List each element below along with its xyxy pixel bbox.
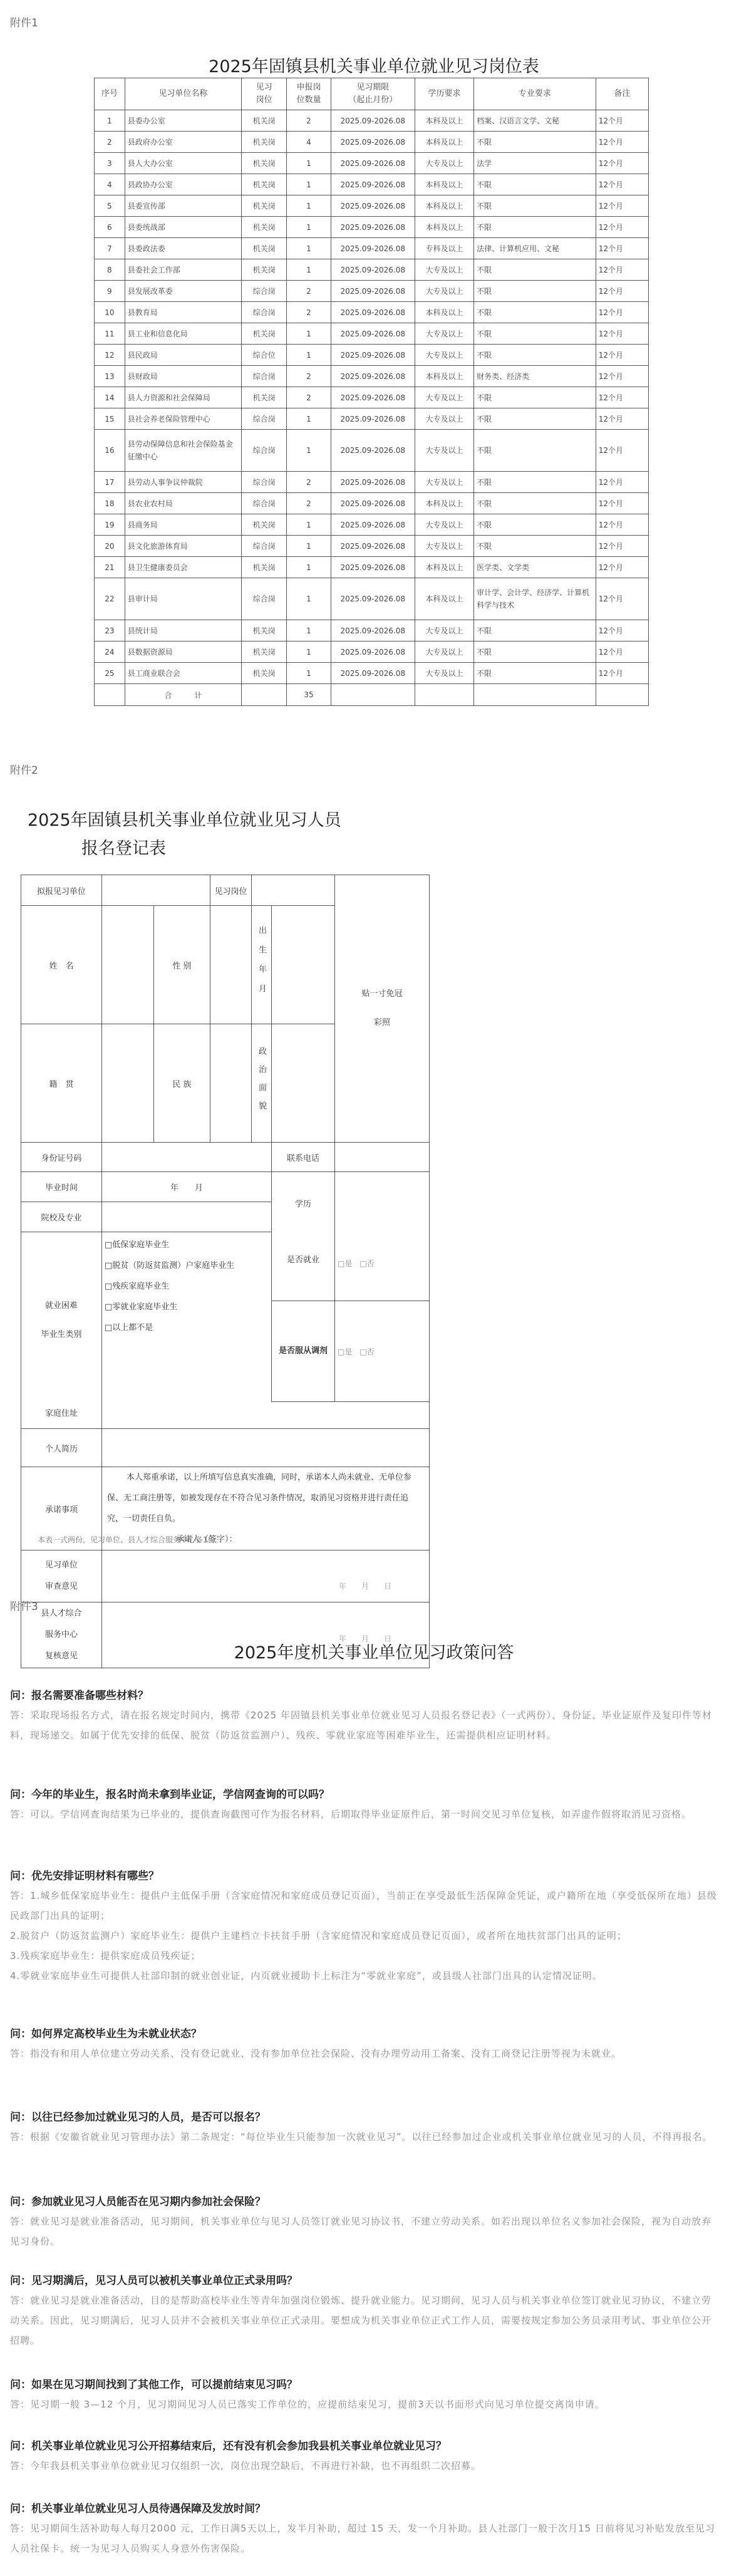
cell-edu: 专科及以上 xyxy=(415,238,473,259)
post-field[interactable] xyxy=(252,875,335,906)
cell-major: 不限 xyxy=(474,493,596,514)
political-field[interactable] xyxy=(272,1024,335,1143)
cell-edu: 大专及以上 xyxy=(415,323,473,345)
cell-post: 综合岗 xyxy=(242,281,287,302)
table-row: 19县商务局机关岗12025.09-2026.08大专及以上不限12个月 xyxy=(95,514,649,536)
table-row: 10县教育局综合岗22025.09-2026.08本科及以上不限12个月 xyxy=(95,302,649,323)
cell-note: 12个月 xyxy=(596,174,648,195)
cell-unit: 县商务局 xyxy=(125,514,242,536)
post-table-title: 2025年固镇县机关事业单位就业见习岗位表 xyxy=(0,53,729,77)
cell-post: 综合岗 xyxy=(242,408,287,430)
cell-note: 12个月 xyxy=(596,493,648,514)
cell-post: 综合岗 xyxy=(242,430,287,472)
column-header: 见习单位名称 xyxy=(125,78,242,110)
cell-no: 16 xyxy=(95,430,125,472)
cell-post: 机关岗 xyxy=(242,387,287,408)
qa-item: 问：见习期满后，见习人员可以被机关事业单位正式录用吗？ 答：就业见习是就业准备活… xyxy=(10,2272,719,2350)
answer: 答：就业见习是就业准备活动，见习期间，机关事业单位与见习人员签订就业见习协议书，… xyxy=(10,2211,719,2251)
photo-label-line2: 彩照 xyxy=(338,1009,427,1037)
column-header: 见习 岗位 xyxy=(242,78,287,110)
form-footnote: 本表一式两份，见习单位、县人才综合服务中心各1份。 xyxy=(38,1534,223,1545)
cell-note: 12个月 xyxy=(596,387,648,408)
label-id: 身份证号码 xyxy=(21,1143,102,1172)
cell-post: 机关岗 xyxy=(242,195,287,217)
cell-post: 机关岗 xyxy=(242,153,287,174)
cell-period: 2025.09-2026.08 xyxy=(331,578,415,620)
cell-no: 23 xyxy=(95,620,125,641)
cell-edu: 大专及以上 xyxy=(415,259,473,281)
cell-no: 25 xyxy=(95,663,125,684)
cell-unit: 县审计局 xyxy=(125,578,242,620)
cell-note: 12个月 xyxy=(596,641,648,663)
grad-time-field[interactable]: 年 月 xyxy=(102,1172,272,1202)
cell-edu: 本科及以上 xyxy=(415,557,473,578)
cell-post: 综合岗 xyxy=(242,536,287,557)
school-field[interactable] xyxy=(102,1202,272,1232)
table-row: 9县发展改革委综合岗22025.09-2026.08大专及以上不限12个月 xyxy=(95,281,649,302)
cell-no: 4 xyxy=(95,174,125,195)
cell-note: 12个月 xyxy=(596,345,648,366)
cell-count: 1 xyxy=(287,514,331,536)
cell-count: 1 xyxy=(287,217,331,238)
unit-review-label: 见习单位 审查意见 xyxy=(21,1550,102,1602)
label-school: 院校及专业 xyxy=(21,1202,102,1232)
table-row: 4县政协办公室机关岗12025.09-2026.08本科及以上不限12个月 xyxy=(95,174,649,195)
cell-note: 12个月 xyxy=(596,302,648,323)
cell-period: 2025.09-2026.08 xyxy=(331,195,415,217)
question: 问：机关事业单位就业见习人员待遇保障及发放时间？ xyxy=(10,2500,719,2518)
attachment-1-label: 附件1 xyxy=(10,14,38,29)
cell-edu: 大专及以上 xyxy=(415,153,473,174)
table-row: 13县财政局综合岗22025.09-2026.08本科及以上财务类、经济类12个… xyxy=(95,366,649,387)
cell-post: 机关岗 xyxy=(242,641,287,663)
cell-period: 2025.09-2026.08 xyxy=(331,281,415,302)
cell-post: 机关岗 xyxy=(242,620,287,641)
table-row: 5县委宣传部机关岗12025.09-2026.08本科及以上不限12个月 xyxy=(95,195,649,217)
cell-post: 综合岗 xyxy=(242,302,287,323)
cell-count: 1 xyxy=(287,641,331,663)
cell-period: 2025.09-2026.08 xyxy=(331,323,415,345)
cell-major: 不限 xyxy=(474,387,596,408)
total-label: 合 计 xyxy=(125,684,242,706)
answer: 答：可以。学信网查询结果为已毕业的，提供查询截图可作为报名材料，后期取得毕业证原… xyxy=(10,1804,719,1824)
cell-no: 13 xyxy=(95,366,125,387)
cell-major: 不限 xyxy=(474,217,596,238)
cell-count: 1 xyxy=(287,663,331,684)
table-row: 12县民政局综合位12025.09-2026.08大专及以上不限12个月 xyxy=(95,345,649,366)
form-title-line2: 报名登记表 xyxy=(28,834,203,859)
question: 问：见习期满后，见习人员可以被机关事业单位正式录用吗？ xyxy=(10,2272,719,2290)
cell-period: 2025.09-2026.08 xyxy=(331,387,415,408)
question: 问：如何界定高校毕业生为未就业状态？ xyxy=(10,2025,719,2044)
cell-major: 不限 xyxy=(474,641,596,663)
cell-post: 综合岗 xyxy=(242,472,287,493)
total-count: 35 xyxy=(287,684,331,706)
table-row: 8县委社会工作部机关岗12025.09-2026.08大专及以上不限12个月 xyxy=(95,259,649,281)
label-education: 学历 xyxy=(274,1197,332,1209)
cell-no: 20 xyxy=(95,536,125,557)
cell-no: 1 xyxy=(95,110,125,132)
cell-major: 医学类、文学类 xyxy=(474,557,596,578)
cell-unit: 县委办公室 xyxy=(125,110,242,132)
qa-item: 问：今年的毕业生，报名时尚未拿到毕业证，学信网查询的可以吗？ 答：可以。学信网查… xyxy=(10,1785,719,1824)
label-birth: 出生年月 xyxy=(256,926,267,1004)
qa-item: 问：以往已经参加过就业见习的人员，是否可以报名？ 答：根据《安徽省就业见习管理办… xyxy=(10,2108,719,2147)
cell-edu: 本科及以上 xyxy=(415,217,473,238)
native-field[interactable] xyxy=(102,1024,154,1143)
cell-period: 2025.09-2026.08 xyxy=(331,259,415,281)
table-row: 11县工业和信息化局机关岗12025.09-2026.08大专及以上不限12个月 xyxy=(95,323,649,345)
cell-post: 机关岗 xyxy=(242,174,287,195)
cell-post: 机关岗 xyxy=(242,514,287,536)
cell-count: 1 xyxy=(287,174,331,195)
cell-no: 3 xyxy=(95,153,125,174)
empty-cell xyxy=(474,684,596,706)
cell-note: 12个月 xyxy=(596,472,648,493)
cell-note: 12个月 xyxy=(596,620,648,641)
label-address: 家庭住址 xyxy=(24,1400,99,1428)
cell-post: 综合岗 xyxy=(242,493,287,514)
gender-field[interactable] xyxy=(210,906,252,1024)
registration-form: 拟报见习单位 见习岗位 贴一寸免冠 彩照 姓 名 性 别 出生年月 籍 贯 民 … xyxy=(21,875,430,1668)
empty-cell xyxy=(95,684,125,706)
address-field[interactable] xyxy=(102,1402,430,1429)
qa-item: 问：如何界定高校毕业生为未就业状态？ 答：指没有和用人单位建立劳动关系、没有登记… xyxy=(10,2025,719,2064)
question: 问：优先安排证明材料有哪些？ xyxy=(10,1867,719,1886)
cell-period: 2025.09-2026.08 xyxy=(331,641,415,663)
cell-unit: 县政府办公室 xyxy=(125,132,242,153)
table-row: 16县劳动保障信息和社会保险基金征缴中心综合岗12025.09-2026.08大… xyxy=(95,430,649,472)
resume-field[interactable] xyxy=(102,1429,430,1467)
cell-major: 不限 xyxy=(474,663,596,684)
question: 问：报名需要准备哪些材料？ xyxy=(10,1686,719,1705)
cell-count: 4 xyxy=(287,132,331,153)
cell-count: 2 xyxy=(287,281,331,302)
cell-no: 7 xyxy=(95,238,125,259)
cell-post: 综合岗 xyxy=(242,366,287,387)
option-dibao[interactable]: □低保家庭毕业生 xyxy=(105,1235,269,1255)
cell-count: 1 xyxy=(287,323,331,345)
cell-count: 2 xyxy=(287,302,331,323)
cell-count: 2 xyxy=(287,110,331,132)
table-row: 3县人大办公室机关岗12025.09-2026.08大专及以上法学12个月 xyxy=(95,153,649,174)
answer: 4.零就业家庭毕业生可提供人社部印制的就业创业证，内页就业援助卡上标注为“零就业… xyxy=(10,1966,719,1986)
cell-major: 档案、汉语言文学、文秘 xyxy=(474,110,596,132)
cell-edu: 本科及以上 xyxy=(415,578,473,620)
table-row: 20县文化旅游体育局综合岗12025.09-2026.08大专及以上不限12个月 xyxy=(95,536,649,557)
table-row: 21县卫生健康委员会机关岗12025.09-2026.08本科及以上医学类、文学… xyxy=(95,557,649,578)
cell-unit: 县卫生健康委员会 xyxy=(125,557,242,578)
cell-major: 不限 xyxy=(474,259,596,281)
cell-no: 5 xyxy=(95,195,125,217)
cell-count: 1 xyxy=(287,195,331,217)
cell-edu: 大专及以上 xyxy=(415,345,473,366)
cell-no: 8 xyxy=(95,259,125,281)
cell-post: 机关岗 xyxy=(242,663,287,684)
label-ethnic: 民 族 xyxy=(154,1024,210,1143)
option-none[interactable]: □以上都不是 xyxy=(105,1317,269,1338)
table-row: 7县委政法委机关岗12025.09-2026.08专科及以上法律、计算机应用、文… xyxy=(95,238,649,259)
cell-edu: 本科及以上 xyxy=(415,366,473,387)
attachment-3-label: 附件3 xyxy=(10,1597,38,1613)
question: 问：今年的毕业生，报名时尚未拿到毕业证，学信网查询的可以吗？ xyxy=(10,1785,719,1804)
unit-review-field[interactable]: 年 月 日 xyxy=(102,1550,430,1602)
difficulty-label-cell: 就业困难 毕业生类别 家庭住址 xyxy=(21,1232,102,1429)
qa-item: 问：如果在见习期间找到了其他工作，可以提前结束见习吗？ 答：见习期一般 3—12… xyxy=(10,2376,719,2414)
cell-period: 2025.09-2026.08 xyxy=(331,238,415,259)
cell-no: 12 xyxy=(95,345,125,366)
cell-count: 2 xyxy=(287,366,331,387)
cell-major: 不限 xyxy=(474,472,596,493)
cell-post: 机关岗 xyxy=(242,323,287,345)
adjust-yes-no[interactable]: □是 □否 xyxy=(335,1301,430,1402)
form-title-line1: 2025年固镇县机关事业单位就业见习人员 xyxy=(28,806,203,831)
cell-period: 2025.09-2026.08 xyxy=(331,557,415,578)
label-employed: 是否就业 xyxy=(274,1253,332,1265)
cell-note: 12个月 xyxy=(596,430,648,472)
table-row: 18县农业农村局综合岗22025.09-2026.08本科及以上不限12个月 xyxy=(95,493,649,514)
table-row: 14县人力资源和社会保障局机关岗22025.09-2026.08大专及以上不限1… xyxy=(95,387,649,408)
cell-post: 机关岗 xyxy=(242,557,287,578)
cell-unit: 县委政法委 xyxy=(125,238,242,259)
cell-major: 不限 xyxy=(474,430,596,472)
question: 问：机关事业单位就业见习公开招募结束后，还有没有机会参加我县机关事业单位就业见习… xyxy=(10,2437,719,2456)
question: 问：如果在见习期间找到了其他工作，可以提前结束见习吗？ xyxy=(10,2376,719,2394)
table-row: 6县委统战部机关岗12025.09-2026.08本科及以上不限12个月 xyxy=(95,217,649,238)
cell-major: 不限 xyxy=(474,345,596,366)
column-header: 专业要求 xyxy=(474,78,596,110)
cell-unit: 县人力资源和社会保障局 xyxy=(125,387,242,408)
cell-note: 12个月 xyxy=(596,281,648,302)
pledge-text: 本人郑重承诺，以上所填写信息真实准确，同时，承诺本人尚未就业、无单位参保、无工商… xyxy=(107,1467,424,1529)
cell-period: 2025.09-2026.08 xyxy=(331,536,415,557)
cell-no: 24 xyxy=(95,641,125,663)
cell-no: 2 xyxy=(95,132,125,153)
option-tuopin[interactable]: □脱贫（防返贫监测）户家庭毕业生 xyxy=(105,1255,269,1276)
label-phone: 联系电话 xyxy=(272,1143,335,1172)
cell-no: 10 xyxy=(95,302,125,323)
post-table-body: 1县委办公室机关岗22025.09-2026.08本科及以上档案、汉语言文学、文… xyxy=(95,110,649,706)
cell-note: 12个月 xyxy=(596,557,648,578)
answer: 答：见习期间生活补助每人每月2000 元，工作日满5天以上，发半月补助，超过 1… xyxy=(10,2518,719,2558)
cell-edu: 本科及以上 xyxy=(415,195,473,217)
cell-edu: 大专及以上 xyxy=(415,641,473,663)
photo-label-line1: 贴一寸免冠 xyxy=(338,980,427,1009)
label-difficulty-line2: 毕业生类别 xyxy=(24,1321,99,1349)
qa-item: 问：机关事业单位就业见习公开招募结束后，还有没有机会参加我县机关事业单位就业见习… xyxy=(10,2437,719,2476)
cell-unit: 县委社会工作部 xyxy=(125,259,242,281)
cell-no: 22 xyxy=(95,578,125,620)
cell-post: 机关岗 xyxy=(242,217,287,238)
qa-item: 问：优先安排证明材料有哪些？ 答：1.城乡低保家庭毕业生：提供户主低保手册（含家… xyxy=(10,1867,719,1986)
table-row: 24县数据资源局机关岗12025.09-2026.08大专及以上不限12个月 xyxy=(95,641,649,663)
cell-count: 1 xyxy=(287,259,331,281)
cell-unit: 县数据资源局 xyxy=(125,641,242,663)
cell-unit: 县财政局 xyxy=(125,366,242,387)
cell-count: 1 xyxy=(287,408,331,430)
cell-note: 12个月 xyxy=(596,132,648,153)
photo-box: 贴一寸免冠 彩照 xyxy=(335,875,430,1143)
label-native: 籍 贯 xyxy=(21,1024,102,1143)
cell-unit: 县劳动人事争议仲裁院 xyxy=(125,472,242,493)
cell-unit: 县统计局 xyxy=(125,620,242,641)
cell-edu: 大专及以上 xyxy=(415,620,473,641)
unit-review-line1: 见习单位 xyxy=(24,1555,99,1576)
cell-note: 12个月 xyxy=(596,663,648,684)
id-field[interactable] xyxy=(102,1143,272,1172)
question: 问：以往已经参加过就业见习的人员，是否可以报名？ xyxy=(10,2108,719,2127)
answer: 答：今年我县机关事业单位就业见习仅组织一次，岗位出现空缺后，不再进行补缺，也不再… xyxy=(10,2456,719,2476)
cell-major: 法律、计算机应用、文秘 xyxy=(474,238,596,259)
cell-no: 21 xyxy=(95,557,125,578)
cell-post: 机关岗 xyxy=(242,238,287,259)
label-name: 姓 名 xyxy=(21,906,102,1024)
cell-period: 2025.09-2026.08 xyxy=(331,663,415,684)
cell-edu: 大专及以上 xyxy=(415,514,473,536)
column-header: 申报岗 位数量 xyxy=(287,78,331,110)
cell-period: 2025.09-2026.08 xyxy=(331,620,415,641)
cell-count: 1 xyxy=(287,578,331,620)
answer: 2.脱贫户（防返贫监测户）家庭毕业生：提供户主建档立卡扶贫手册（含家庭情况和家庭… xyxy=(10,1926,719,1946)
cell-unit: 县农业农村局 xyxy=(125,493,242,514)
cell-unit: 县工商业联合会 xyxy=(125,663,242,684)
cell-note: 12个月 xyxy=(596,366,648,387)
cell-count: 2 xyxy=(287,472,331,493)
birth-field[interactable] xyxy=(272,906,335,1024)
empty-cell xyxy=(242,684,287,706)
cell-period: 2025.09-2026.08 xyxy=(331,132,415,153)
unit-field[interactable] xyxy=(102,875,210,906)
cell-count: 1 xyxy=(287,430,331,472)
table-row: 22县审计局综合岗12025.09-2026.08本科及以上审计学、会计学、经济… xyxy=(95,578,649,620)
attachment-2-label: 附件2 xyxy=(10,761,38,777)
cell-edu: 大专及以上 xyxy=(415,387,473,408)
cell-major: 不限 xyxy=(474,514,596,536)
column-header: 见习期限 （起止月份） xyxy=(331,78,415,110)
cell-no: 11 xyxy=(95,323,125,345)
cell-unit: 县政协办公室 xyxy=(125,174,242,195)
cell-note: 12个月 xyxy=(596,238,648,259)
form-title: 2025年固镇县机关事业单位就业见习人员 报名登记表 xyxy=(28,806,203,859)
cell-unit: 县民政局 xyxy=(125,345,242,366)
cell-no: 19 xyxy=(95,514,125,536)
label-grad-time: 毕业时间 xyxy=(21,1172,102,1202)
cell-edu: 本科及以上 xyxy=(415,110,473,132)
qa-item: 问：参加就业见习人员能否在见习期内参加社会保险？ 答：就业见习是就业准备活动，见… xyxy=(10,2193,719,2251)
cell-major: 不限 xyxy=(474,132,596,153)
empty-cell xyxy=(331,684,415,706)
cell-period: 2025.09-2026.08 xyxy=(331,302,415,323)
cell-unit: 县教育局 xyxy=(125,302,242,323)
cell-count: 1 xyxy=(287,557,331,578)
answer: 答：根据《安徽省就业见习管理办法》第二条规定：“每位毕业生只能参加一次就业见习”… xyxy=(10,2127,719,2147)
cell-period: 2025.09-2026.08 xyxy=(331,217,415,238)
name-field[interactable] xyxy=(102,906,154,1024)
cell-no: 18 xyxy=(95,493,125,514)
cell-major: 法学 xyxy=(474,153,596,174)
option-lingjiuye[interactable]: □零就业家庭毕业生 xyxy=(105,1297,269,1317)
cell-major: 不限 xyxy=(474,302,596,323)
cell-major: 财务类、经济类 xyxy=(474,366,596,387)
answer: 答：采取现场报名方式，请在报名规定时间内，携带《2025 年固镇县机关事业单位就… xyxy=(10,1705,719,1745)
cell-note: 12个月 xyxy=(596,514,648,536)
cell-unit: 县工业和信息化局 xyxy=(125,323,242,345)
cell-major: 不限 xyxy=(474,281,596,302)
column-header: 备注 xyxy=(596,78,648,110)
cell-count: 1 xyxy=(287,620,331,641)
cell-post: 机关岗 xyxy=(242,259,287,281)
cell-major: 不限 xyxy=(474,620,596,641)
option-canji[interactable]: □残疾家庭毕业生 xyxy=(105,1276,269,1297)
cell-edu: 大专及以上 xyxy=(415,663,473,684)
column-header: 序号 xyxy=(95,78,125,110)
cell-note: 12个月 xyxy=(596,536,648,557)
cell-no: 14 xyxy=(95,387,125,408)
ethnic-field[interactable] xyxy=(210,1024,252,1143)
table-row: 1县委办公室机关岗22025.09-2026.08本科及以上档案、汉语言文学、文… xyxy=(95,110,649,132)
label-adjust: 是否服从调剂 xyxy=(272,1301,335,1402)
cell-edu: 大专及以上 xyxy=(415,430,473,472)
table-row: 15县社会养老保险管理中心综合岗12025.09-2026.08大专及以上不限1… xyxy=(95,408,649,430)
total-row: 合 计35 xyxy=(95,684,649,706)
post-table: 序号见习单位名称见习 岗位申报岗 位数量见习期限 （起止月份）学历要求专业要求备… xyxy=(94,78,649,706)
unit-review-line2: 审查意见 xyxy=(24,1576,99,1597)
label-political: 政治面貌 xyxy=(256,1047,267,1119)
cell-major: 审计学、会计学、经济学、计算机科学与技术 xyxy=(474,578,596,620)
cell-edu: 本科及以上 xyxy=(415,302,473,323)
phone-field[interactable] xyxy=(335,1143,430,1172)
cell-count: 2 xyxy=(287,387,331,408)
cell-no: 17 xyxy=(95,472,125,493)
cell-period: 2025.09-2026.08 xyxy=(331,472,415,493)
post-table-header: 序号见习单位名称见习 岗位申报岗 位数量见习期限 （起止月份）学历要求专业要求备… xyxy=(95,78,649,110)
cell-unit: 县委宣传部 xyxy=(125,195,242,217)
cell-note: 12个月 xyxy=(596,217,648,238)
difficulty-options: □低保家庭毕业生 □脱贫（防返贫监测）户家庭毕业生 □残疾家庭毕业生 □零就业家… xyxy=(102,1232,272,1402)
qa-item: 问：机关事业单位就业见习人员待遇保障及发放时间？ 答：见习期间生活补助每人每月2… xyxy=(10,2500,719,2558)
cell-no: 6 xyxy=(95,217,125,238)
cell-note: 12个月 xyxy=(596,110,648,132)
cell-major: 不限 xyxy=(474,323,596,345)
cell-period: 2025.09-2026.08 xyxy=(331,514,415,536)
label-gender: 性 别 xyxy=(154,906,210,1024)
cell-period: 2025.09-2026.08 xyxy=(331,345,415,366)
table-row: 23县统计局机关岗12025.09-2026.08大专及以上不限12个月 xyxy=(95,620,649,641)
cell-unit: 县劳动保障信息和社会保险基金征缴中心 xyxy=(125,430,242,472)
cell-unit: 县人大办公室 xyxy=(125,153,242,174)
cell-note: 12个月 xyxy=(596,195,648,217)
cell-edu: 大专及以上 xyxy=(415,536,473,557)
cell-period: 2025.09-2026.08 xyxy=(331,493,415,514)
table-row: 17县劳动人事争议仲裁院综合岗22025.09-2026.08大专及以上不限12… xyxy=(95,472,649,493)
cell-no: 9 xyxy=(95,281,125,302)
table-row: 2县政府办公室机关岗42025.09-2026.08本科及以上不限12个月 xyxy=(95,132,649,153)
empty-cell xyxy=(415,684,473,706)
edu-employed-cell: 学历 是否就业 xyxy=(272,1172,335,1301)
label-resume: 个人简历 xyxy=(21,1429,102,1467)
cell-unit: 县文化旅游体育局 xyxy=(125,536,242,557)
cell-period: 2025.09-2026.08 xyxy=(331,153,415,174)
employed-yes-no[interactable]: □是 □否 xyxy=(335,1172,430,1301)
cell-count: 1 xyxy=(287,345,331,366)
cell-note: 12个月 xyxy=(596,408,648,430)
cell-note: 12个月 xyxy=(596,259,648,281)
label-unit: 拟报见习单位 xyxy=(21,875,102,906)
cell-post: 综合岗 xyxy=(242,578,287,620)
answer: 答：1.城乡低保家庭毕业生：提供户主低保手册（含家庭情况和家庭成员登记页面），当… xyxy=(10,1886,719,1926)
cell-unit: 县委统战部 xyxy=(125,217,242,238)
cell-count: 2 xyxy=(287,493,331,514)
